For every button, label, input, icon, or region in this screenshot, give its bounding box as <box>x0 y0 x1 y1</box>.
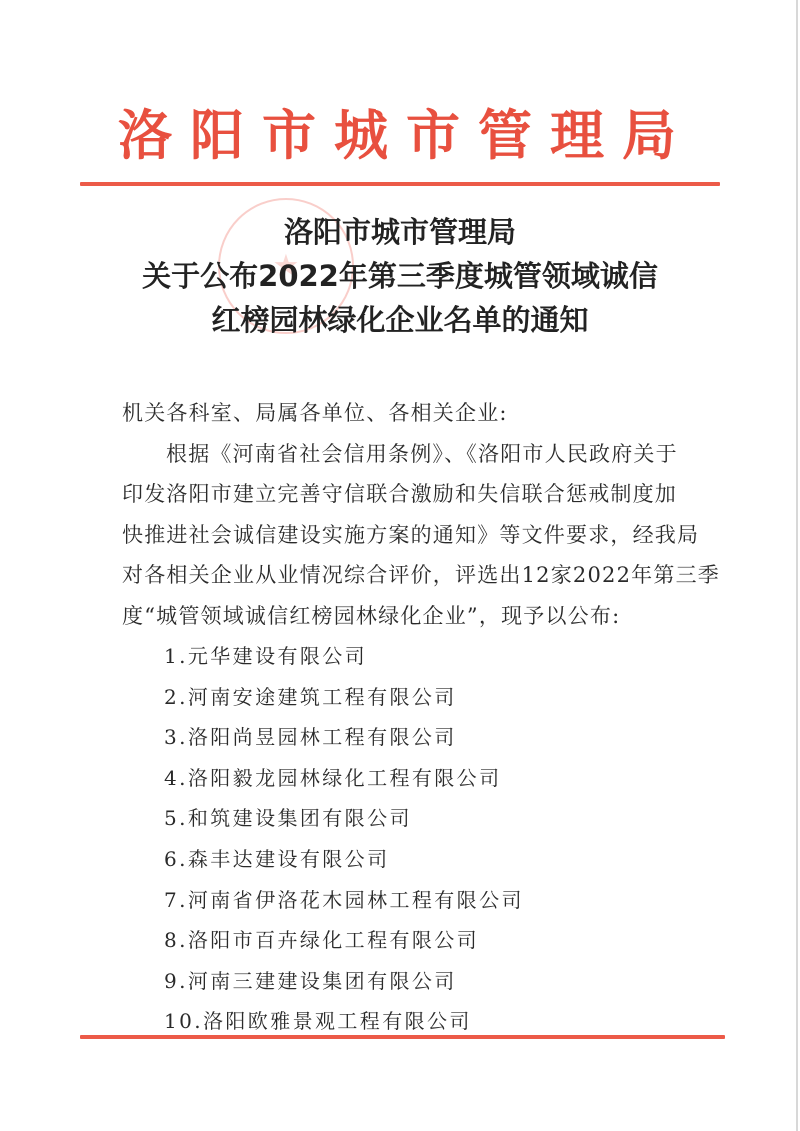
paragraph-line: 根据《河南省社会信用条例》、《洛阳市人民政府关于 <box>122 434 692 475</box>
company-list-item: 1.元华建设有限公司 <box>164 636 524 677</box>
company-list-item: 3.洛阳尚昱园林工程有限公司 <box>164 717 524 758</box>
footer-red-rule <box>80 1035 725 1039</box>
company-list-item: 8.洛阳市百卉绿化工程有限公司 <box>164 920 524 961</box>
paragraph-line: 印发洛阳市建立完善守信联合激励和失信联合惩戒制度加 <box>122 474 692 515</box>
title-line-3: 红榜园林绿化企业名单的通知 <box>0 298 800 342</box>
title-line-2: 关于公布2022年第三季度城管领域诚信 <box>0 254 800 298</box>
letterhead-org-name: 洛阳市城市管理局 <box>0 100 800 170</box>
company-list-item: 5.和筑建设集团有限公司 <box>164 798 524 839</box>
document-body: 机关各科室、局属各单位、各相关企业: 根据《河南省社会信用条例》、《洛阳市人民政… <box>122 393 692 637</box>
title-line-1: 洛阳市城市管理局 <box>0 210 800 254</box>
company-list-item: 9.河南三建建设集团有限公司 <box>164 961 524 1002</box>
salutation: 机关各科室、局属各单位、各相关企业: <box>122 393 692 434</box>
paragraph-line: 度“城管领域诚信红榜园林绿化企业”，现予以公布: <box>122 596 692 637</box>
company-list-item: 6.森丰达建设有限公司 <box>164 839 524 880</box>
paragraph-line: 对各相关企业从业情况综合评价，评选出12家2022年第三季 <box>122 555 692 596</box>
company-list: 1.元华建设有限公司 2.河南安途建筑工程有限公司 3.洛阳尚昱园林工程有限公司… <box>164 636 524 1042</box>
company-list-item: 4.洛阳毅龙园林绿化工程有限公司 <box>164 758 524 799</box>
letterhead-red-rule <box>80 182 720 186</box>
document-title: 洛阳市城市管理局 关于公布2022年第三季度城管领域诚信 红榜园林绿化企业名单的… <box>0 210 800 342</box>
paragraph-line: 快推进社会诚信建设实施方案的通知》等文件要求，经我局 <box>122 515 692 556</box>
company-list-item: 7.河南省伊洛花木园林工程有限公司 <box>164 880 524 921</box>
company-list-item: 2.河南安途建筑工程有限公司 <box>164 677 524 718</box>
